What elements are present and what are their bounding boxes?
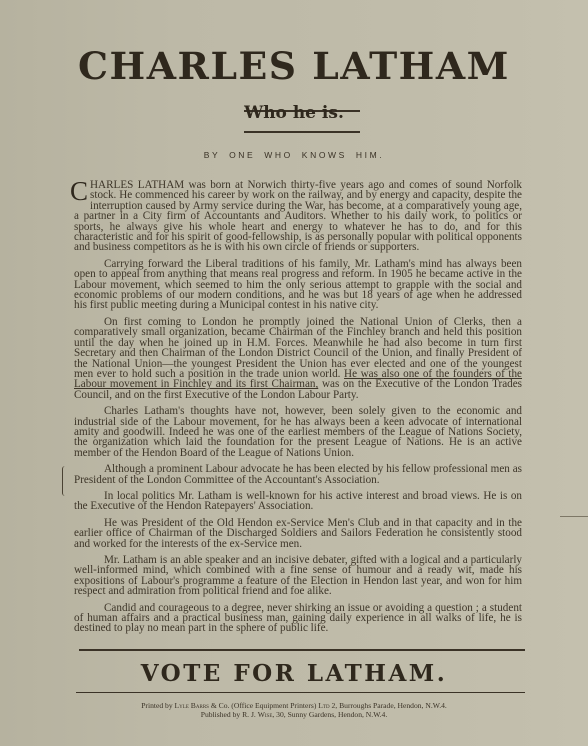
paragraph-local-politics: In local politics Mr. Latham is well-kno… — [74, 491, 522, 512]
leaflet-page: CHARLES LATHAM Who he is. BY ONE WHO KNO… — [0, 0, 588, 746]
printer-name: Lyle Barrs — [175, 701, 209, 710]
subtitle: Who he is. — [0, 103, 588, 123]
paragraph-ex-service: He was President of the Old Hendon ex-Se… — [74, 518, 522, 549]
paragraph-accountants: Although a prominent Labour advocate he … — [74, 464, 522, 485]
paragraph-intro: CHARLES LATHAM was born at Norwich thirt… — [74, 180, 522, 253]
paragraph-london-clerks: On first coming to London he promptly jo… — [74, 317, 522, 400]
pencil-margin-mark — [62, 466, 67, 496]
vote-slogan: VOTE FOR LATHAM. — [0, 660, 588, 687]
paragraph-speaker: Mr. Latham is an able speaker and an inc… — [74, 555, 522, 597]
publisher-name: Wise — [258, 710, 273, 719]
publisher-address: , 30, Sunny Gardens, Hendon, N.W.4. — [272, 710, 387, 719]
footer-bottom-rule — [76, 692, 525, 693]
printer-address: 2, Burroughs Parade, Hendon, N.W.4. — [332, 701, 447, 710]
paragraph-league-of-nations: Charles Latham's thoughts have not, howe… — [74, 406, 522, 458]
page-title: CHARLES LATHAM — [0, 44, 588, 88]
article-body: CHARLES LATHAM was born at Norwich thirt… — [74, 180, 522, 640]
paragraph-liberal-traditions: Carrying forward the Liberal traditions … — [74, 259, 522, 311]
imprint-text: & Co. (Office Equipment Printers) — [211, 701, 317, 710]
byline: BY ONE WHO KNOWS HIM. — [0, 150, 588, 160]
imprint-text: Ltd — [318, 701, 329, 710]
imprint-text: Published by R. J. — [201, 710, 256, 719]
subtitle-bottom-rule — [244, 131, 360, 133]
published-by-line: Published by R. J. Wise, 30, Sunny Garde… — [0, 710, 588, 719]
footer-top-rule — [79, 649, 525, 651]
paragraph-text: HARLES LATHAM was born at Norwich thirty… — [74, 179, 522, 253]
imprint-text: Printed by — [141, 701, 172, 710]
printed-by-line: Printed by Lyle Barrs & Co. (Office Equi… — [0, 701, 588, 710]
printer-imprint: Printed by Lyle Barrs & Co. (Office Equi… — [0, 701, 588, 719]
drop-cap: C — [70, 181, 88, 201]
paragraph-candid: Candid and courageous to a degree, never… — [74, 603, 522, 634]
paper-crease — [560, 516, 588, 517]
